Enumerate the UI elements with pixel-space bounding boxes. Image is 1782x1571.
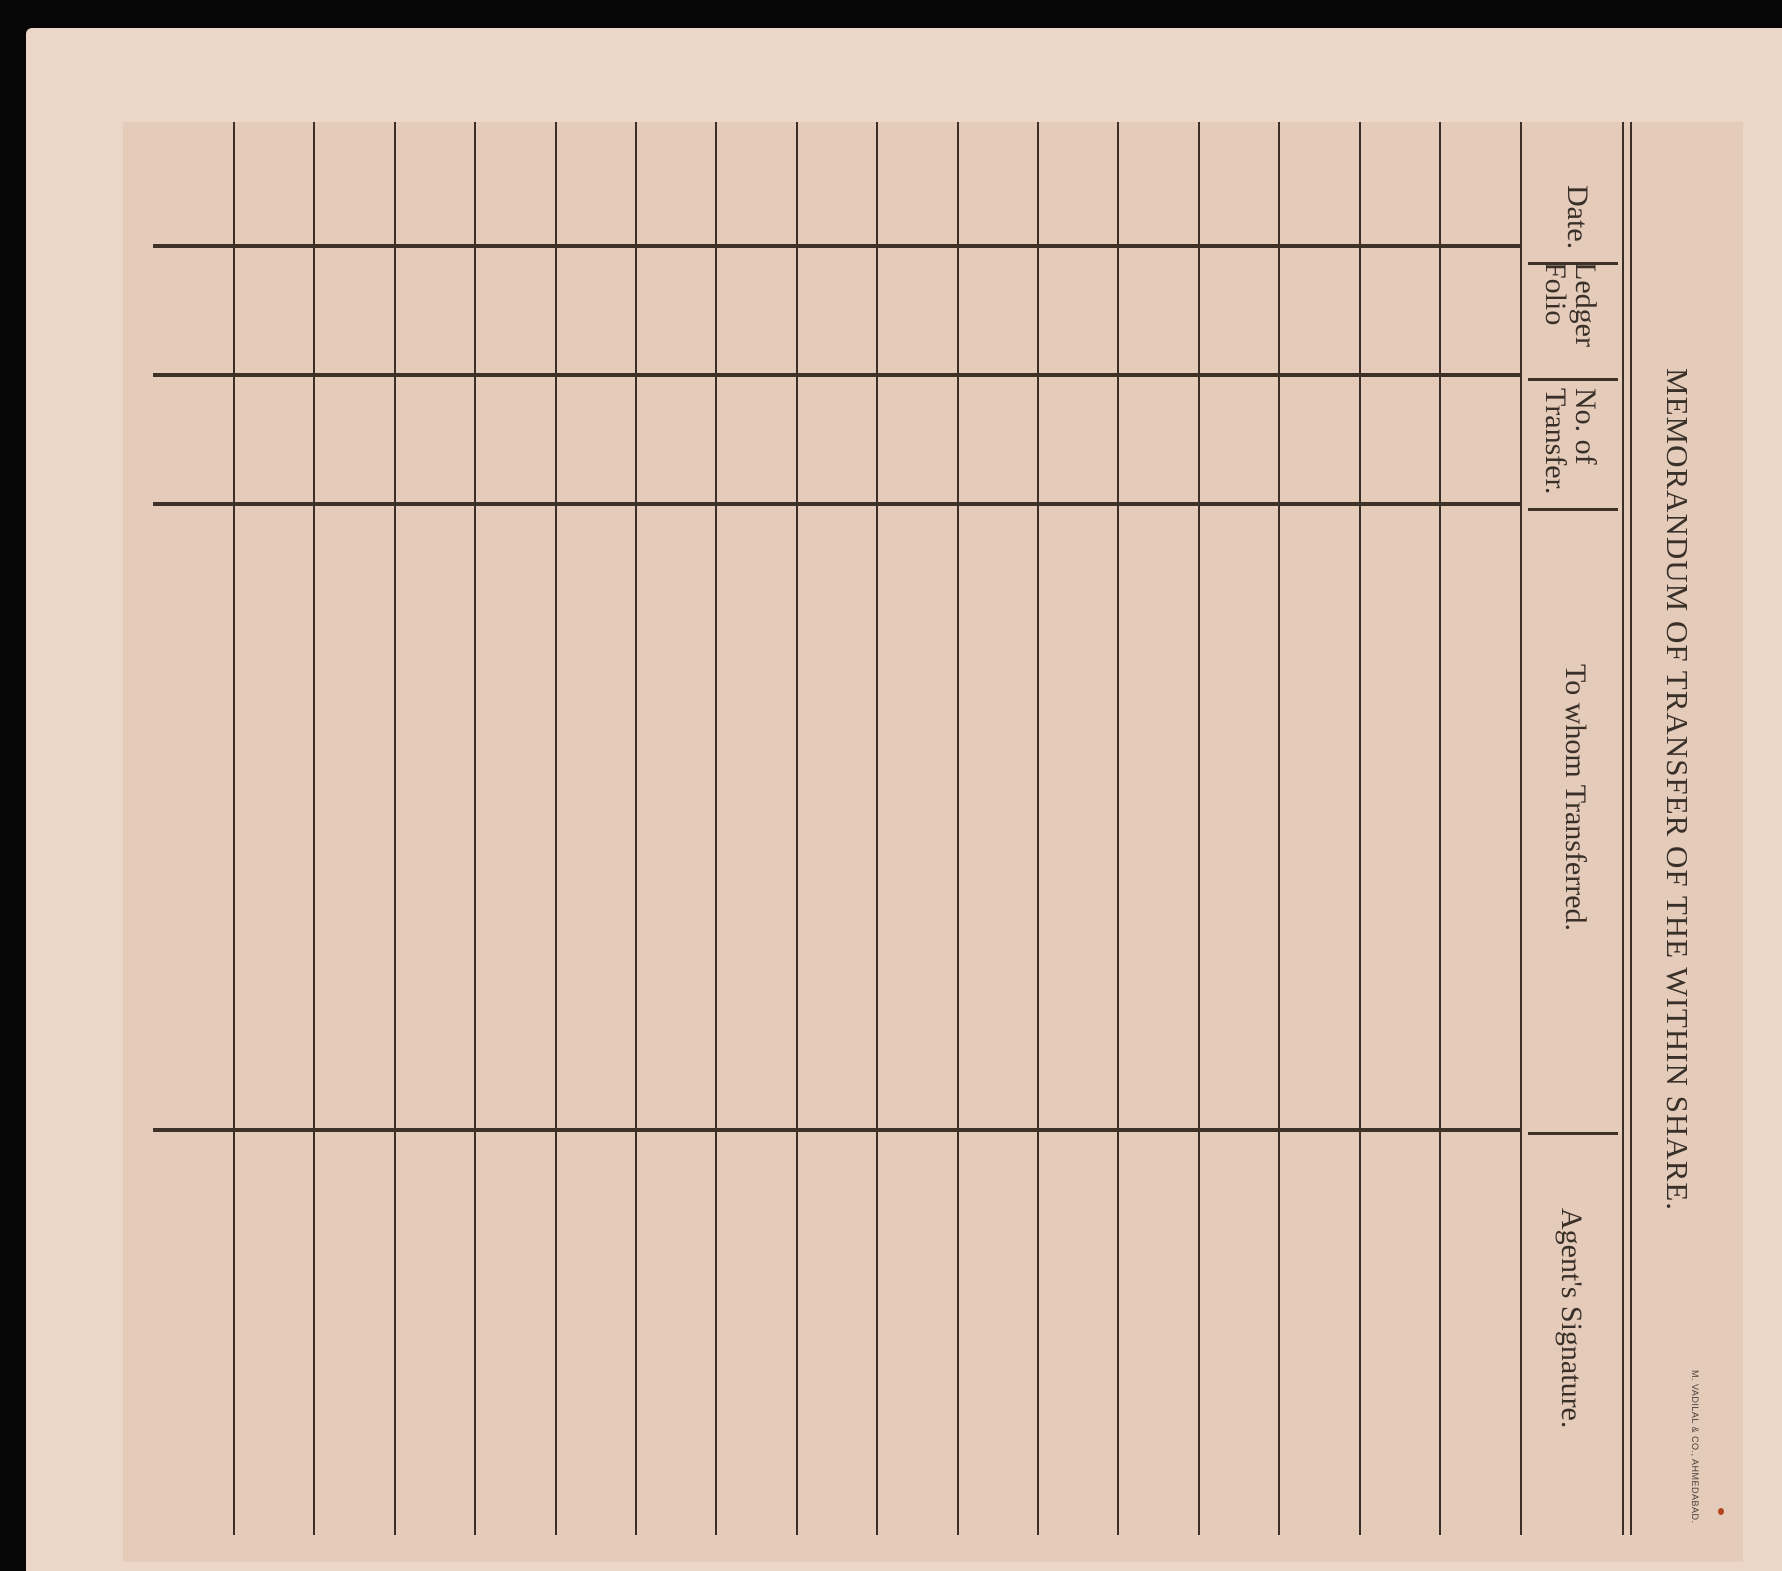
column-separator: [153, 373, 1520, 377]
column-separator: [153, 1128, 1520, 1132]
row-divider: [1117, 122, 1119, 1535]
header-ledger-folio-line2: Folio: [1540, 262, 1570, 347]
header-separator: [1528, 378, 1618, 381]
column-separator: [153, 244, 1520, 248]
header-no-of-transfer-line2: Transfer.: [1540, 388, 1570, 494]
row-divider: [635, 122, 637, 1535]
row-divider: [1439, 122, 1441, 1535]
print-area: [123, 122, 1743, 1562]
header-double-rule-inner: [1622, 122, 1624, 1535]
row-divider: [957, 122, 959, 1535]
ink-speck: [1718, 1508, 1724, 1515]
header-to-whom-transferred: To whom Transferred.: [1560, 664, 1590, 931]
row-divider: [1198, 122, 1200, 1535]
header-ledger-folio-line1: Ledger: [1570, 262, 1600, 347]
header-double-rule-outer: [1630, 122, 1632, 1535]
header-date: Date.: [1562, 185, 1592, 249]
row-divider: [796, 122, 798, 1535]
row-divider: [1278, 122, 1280, 1535]
row-divider: [394, 122, 396, 1535]
header-separator: [1528, 508, 1618, 511]
table-border: [1520, 122, 1522, 1535]
row-divider: [1037, 122, 1039, 1535]
row-divider: [313, 122, 315, 1535]
header-separator: [1528, 1132, 1618, 1135]
row-divider: [1359, 122, 1361, 1535]
header-no-of-transfer: No. of Transfer.: [1540, 388, 1600, 494]
header-no-of-transfer-line1: No. of: [1570, 388, 1600, 494]
row-divider: [715, 122, 717, 1535]
document-title: MEMORANDUM OF TRANSFER OF THE WITHIN SHA…: [1662, 368, 1693, 1211]
row-divider: [474, 122, 476, 1535]
header-agents-signature: Agent's Signature.: [1556, 1208, 1586, 1428]
printer-imprint: M. VADILAL & CO., AHMEDABAD.: [1690, 1370, 1699, 1524]
row-divider: [876, 122, 878, 1535]
column-separator: [153, 502, 1520, 506]
row-divider: [555, 122, 557, 1535]
row-divider: [233, 122, 235, 1535]
header-ledger-folio: Ledger Folio: [1540, 262, 1600, 347]
